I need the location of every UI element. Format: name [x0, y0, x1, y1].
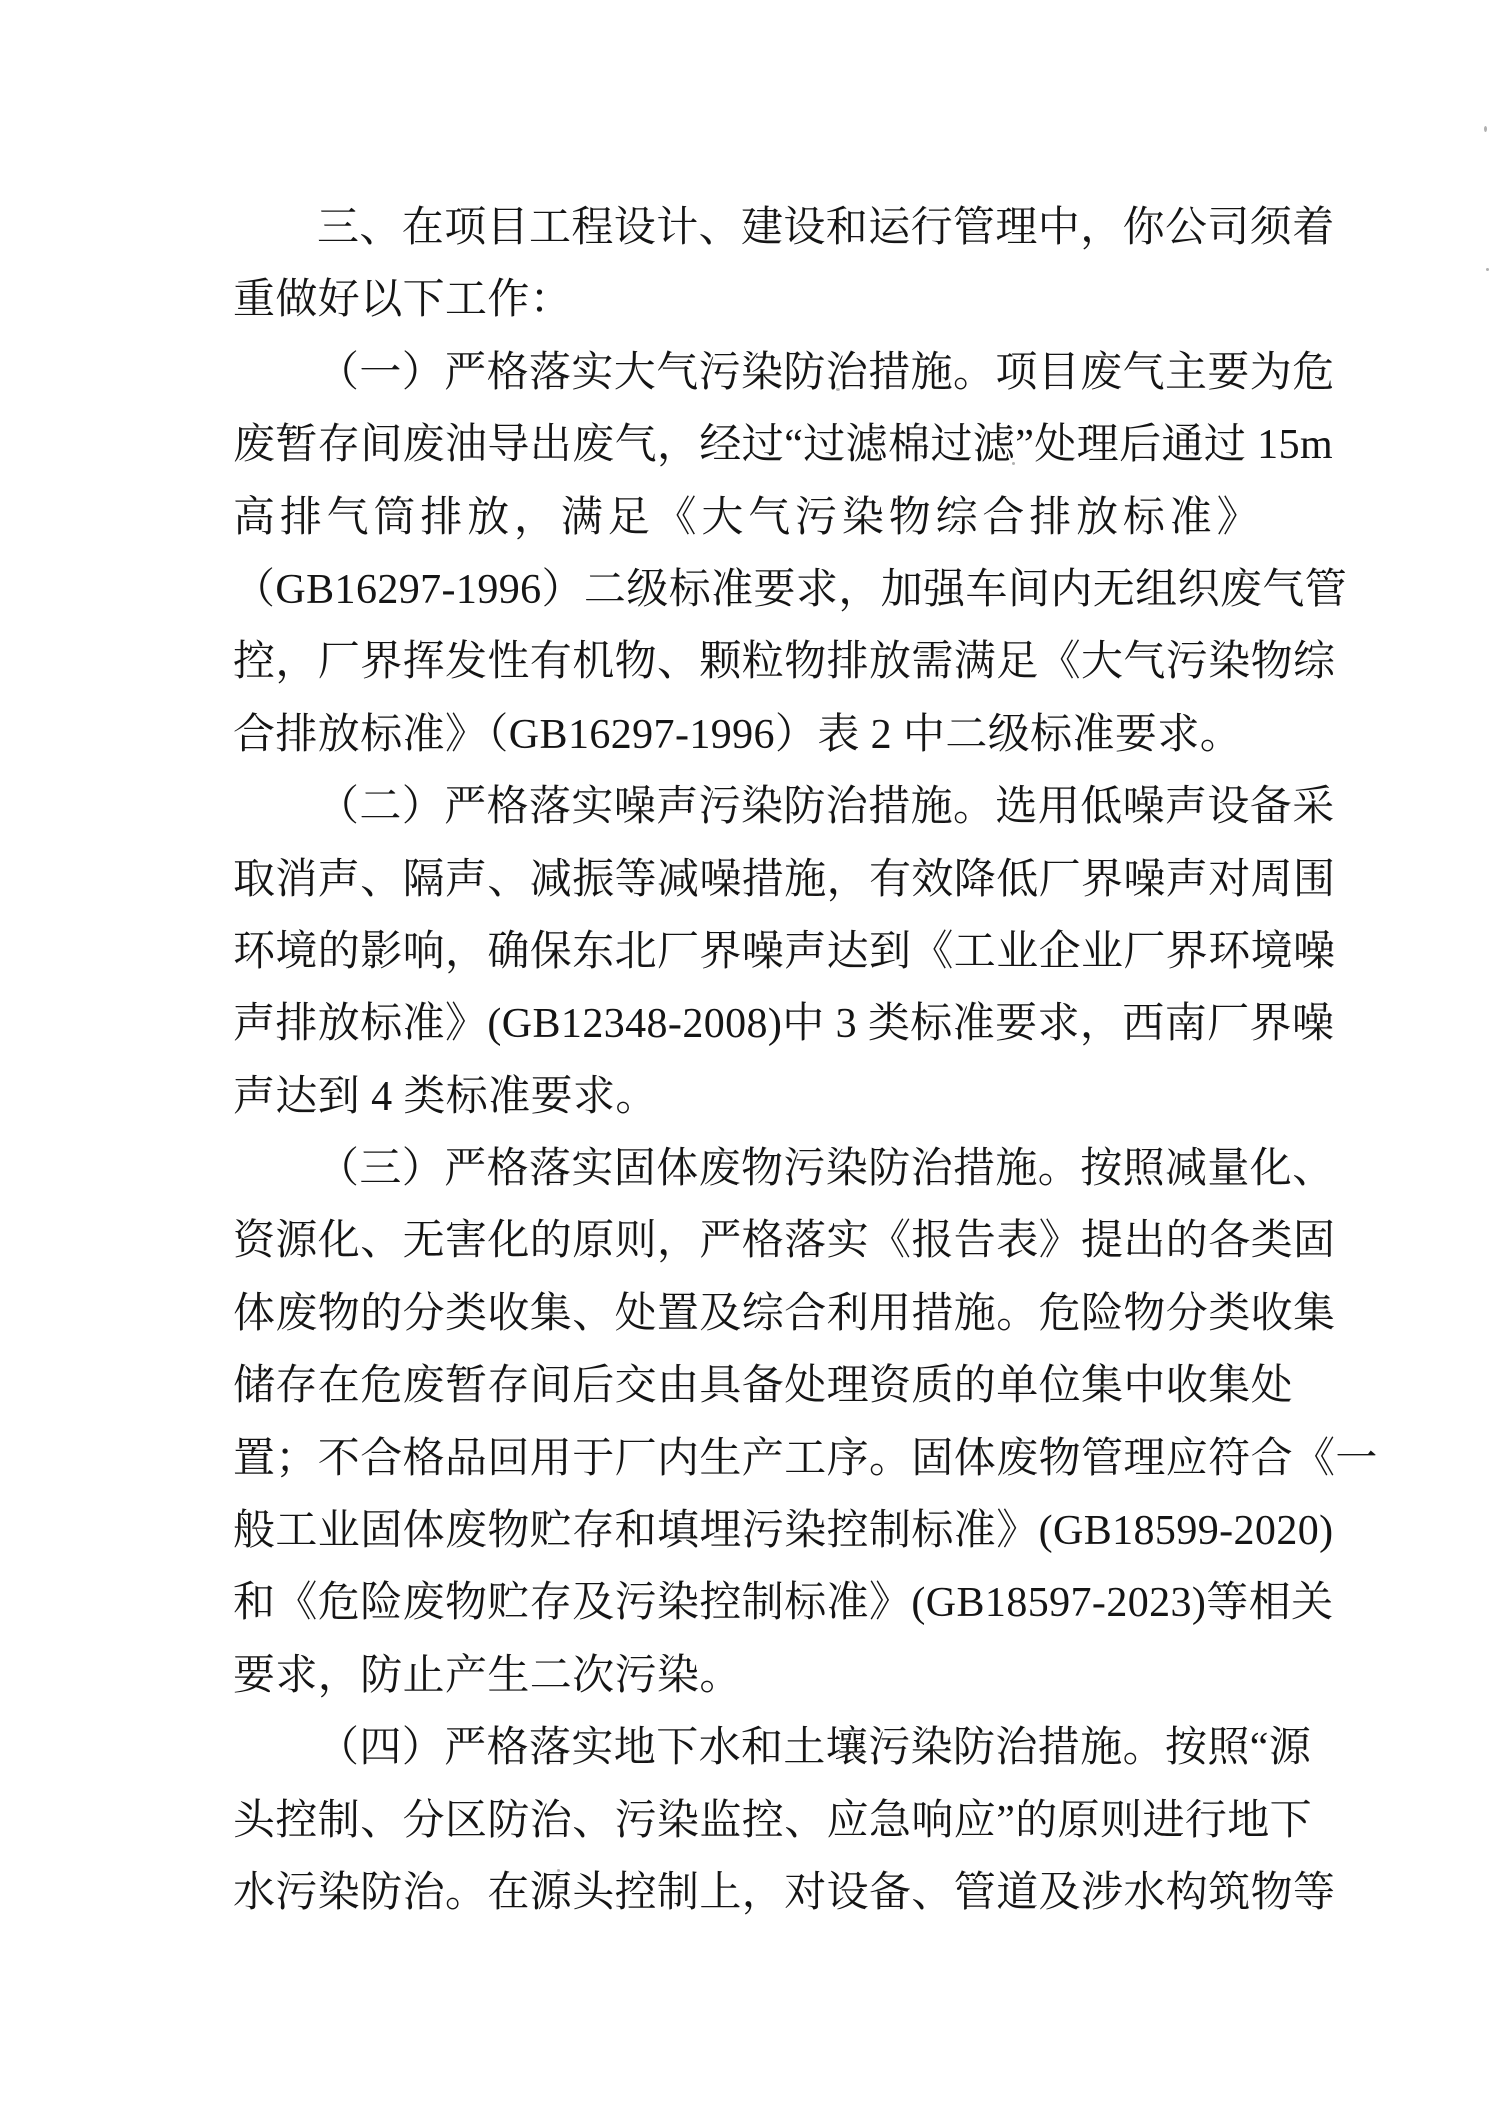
- text-line-7: 控，厂界挥发性有机物、颗粒物排放需满足《大气污染物综: [233, 626, 1259, 698]
- text-line-18: 置；不合格品回用于厂内生产工序。固体废物管理应符合《一: [233, 1423, 1259, 1495]
- text-line-9: （二）严格落实噪声污染防治措施。选用低噪声设备采: [233, 771, 1259, 843]
- letter-body: 三、在项目工程设计、建设和运行管理中，你公司须着 重做好以下工作： （一）严格落…: [233, 192, 1259, 1929]
- text-line-22: （四）严格落实地下水和土壤污染防治措施。按照“源: [233, 1712, 1259, 1784]
- text-line-19: 般工业固体废物贮存和填埋污染控制标准》(GB18599-2020): [233, 1495, 1259, 1567]
- text-line-1: 三、在项目工程设计、建设和运行管理中，你公司须着: [233, 192, 1259, 264]
- scan-speck: [1484, 126, 1487, 132]
- scan-speck: [1486, 268, 1489, 271]
- text-line-2: 重做好以下工作：: [233, 264, 1259, 336]
- scan-speck: [836, 388, 840, 391]
- text-line-23: 头控制、分区防治、污染监控、应急响应”的原则进行地下: [233, 1785, 1259, 1857]
- scan-speck: [1012, 462, 1015, 465]
- scan-speck: [557, 1869, 560, 1872]
- text-line-12: 声排放标准》(GB12348-2008)中 3 类标准要求，西南厂界噪: [233, 988, 1259, 1060]
- text-line-14: （三）严格落实固体废物污染防治措施。按照减量化、: [233, 1133, 1259, 1205]
- text-line-3: （一）严格落实大气污染防治措施。项目废气主要为危: [233, 337, 1259, 409]
- text-line-13: 声达到 4 类标准要求。: [233, 1061, 1259, 1133]
- text-line-8: 合排放标准》（GB16297-1996）表 2 中二级标准要求。: [233, 699, 1259, 771]
- text-line-24: 水污染防治。在源头控制上，对设备、管道及涉水构筑物等: [233, 1857, 1259, 1929]
- text-line-4: 废暂存间废油导出废气，经过“过滤棉过滤”处理后通过 15m: [233, 409, 1259, 481]
- text-line-5: 高排气筒排放，满足《大气污染物综合排放标准》: [233, 482, 1259, 554]
- document-page: 三、在项目工程设计、建设和运行管理中，你公司须着 重做好以下工作： （一）严格落…: [0, 0, 1490, 2104]
- text-line-6: （GB16297-1996）二级标准要求，加强车间内无组织废气管: [233, 554, 1259, 626]
- text-line-17: 储存在危废暂存间后交由具备处理资质的单位集中收集处: [233, 1350, 1259, 1422]
- text-line-21: 要求，防止产生二次污染。: [233, 1640, 1259, 1712]
- text-line-10: 取消声、隔声、减振等减噪措施，有效降低厂界噪声对周围: [233, 844, 1259, 916]
- text-line-15: 资源化、无害化的原则，严格落实《报告表》提出的各类固: [233, 1205, 1259, 1277]
- text-line-11: 环境的影响，确保东北厂界噪声达到《工业企业厂界环境噪: [233, 916, 1259, 988]
- text-line-16: 体废物的分类收集、处置及综合利用措施。危险物分类收集: [233, 1278, 1259, 1350]
- text-line-20: 和《危险废物贮存及污染控制标准》(GB18597-2023)等相关: [233, 1567, 1259, 1639]
